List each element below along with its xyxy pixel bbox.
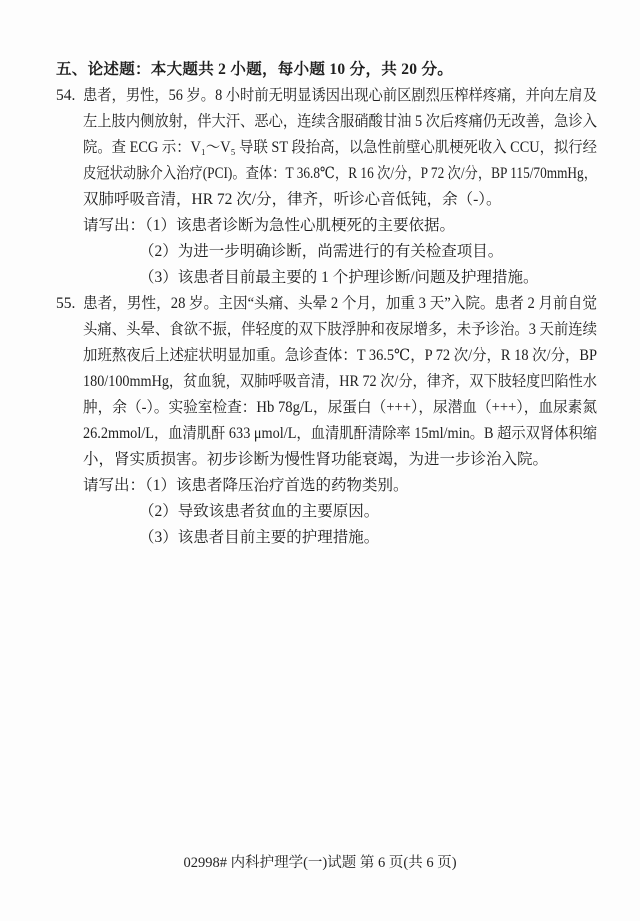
question-55-number: 55. [56, 291, 75, 317]
exam-page: 五、论述题：本大题共 2 小题，每小题 10 分，共 20 分。 54. 患者，… [0, 0, 640, 921]
question-54-prompt-1: 请写出：（1）该患者诊断为急性心肌梗死的主要依据。 [0, 213, 640, 239]
q54-text-1: 患者，男性，56 岁。8 小时前无明显诱因出现心前区剧烈压榨样疼痛，并向左肩及 [83, 83, 597, 109]
q55-text-1: 患者，男性，28 岁。主因“头痛、头晕 2 个月，加重 3 天”入院。患者 2 … [83, 291, 597, 317]
section-heading-text: 五、论述题：本大题共 2 小题，每小题 10 分，共 20 分。 [56, 57, 453, 83]
page-footer: 02998# 内科护理学(一)试题 第 6 页(共 6 页) [0, 850, 640, 876]
q55-text-2: 头痛、头晕、食欲不振，伴轻度的双下肢浮肿和夜尿增多，未予诊治。3 天前连续 [83, 317, 597, 343]
question-54-line-5: 双肺呼吸音清，HR 72 次/分，律齐，听诊心音低钝，余（-）。 [0, 187, 640, 213]
q54-text-3: 院。查 ECG 示：V₁～V₅ 导联 ST 段抬高，以急性前壁心肌梗死收入 CC… [83, 135, 597, 161]
q55-prompt-text-2: （2）导致该患者贫血的主要原因。 [139, 499, 379, 525]
question-54-number: 54. [56, 83, 75, 109]
question-54-line-4: 皮冠状动脉介入治疗(PCI)。查体：T 36.8℃，R 16 次/分，P 72 … [0, 161, 640, 187]
question-55-prompt-2: （2）导致该患者贫血的主要原因。 [0, 499, 640, 525]
question-55-prompt-1: 请写出：（1）该患者降压治疗首选的药物类别。 [0, 473, 640, 499]
q55-prompt-text-3: （3）该患者目前主要的护理措施。 [139, 525, 379, 551]
question-54-line-1: 54. 患者，男性，56 岁。8 小时前无明显诱因出现心前区剧烈压榨样疼痛，并向… [0, 83, 640, 109]
q54-text-2: 左上肢内侧放射，伴大汗、恶心，连续含服硝酸甘油 5 次后疼痛仍无改善，急诊入 [83, 109, 597, 135]
question-55-line-7: 小，肾实质损害。初步诊断为慢性肾功能衰竭，为进一步诊治入院。 [0, 447, 640, 473]
question-55-line-6: 26.2mmol/L，血清肌酐 633 μmol/L，血清肌酐清除率 15ml/… [0, 421, 640, 447]
section-heading: 五、论述题：本大题共 2 小题，每小题 10 分，共 20 分。 [56, 57, 640, 83]
q54-prompt-text-2: （2）为进一步明确诊断，尚需进行的有关检查项目。 [139, 239, 503, 265]
q55-prompt-text-1: 请写出：（1）该患者降压治疗首选的药物类别。 [83, 473, 409, 499]
q55-text-7: 小，肾实质损害。初步诊断为慢性肾功能衰竭，为进一步诊治入院。 [83, 447, 548, 473]
q54-text-4: 皮冠状动脉介入治疗(PCI)。查体：T 36.8℃，R 16 次/分，P 72 … [83, 161, 597, 187]
question-55-line-5: 肿，余（-）。实验室检查：Hb 78g/L，尿蛋白（+++），尿潜血（+++），… [0, 395, 640, 421]
question-55-line-2: 头痛、头晕、食欲不振，伴轻度的双下肢浮肿和夜尿增多，未予诊治。3 天前连续 [0, 317, 640, 343]
question-54-line-3: 院。查 ECG 示：V₁～V₅ 导联 ST 段抬高，以急性前壁心肌梗死收入 CC… [0, 135, 640, 161]
q55-text-3: 加班熬夜后上述症状明显加重。急诊查体：T 36.5℃，P 72 次/分，R 18… [83, 343, 597, 369]
page-footer-text: 02998# 内科护理学(一)试题 第 6 页(共 6 页) [183, 850, 456, 876]
q55-text-6: 26.2mmol/L，血清肌酐 633 μmol/L，血清肌酐清除率 15ml/… [83, 421, 597, 447]
question-54-line-2: 左上肢内侧放射，伴大汗、恶心，连续含服硝酸甘油 5 次后疼痛仍无改善，急诊入 [0, 109, 640, 135]
q55-text-4: 180/100mmHg，贫血貌，双肺呼吸音清，HR 72 次/分，律齐，双下肢轻… [83, 369, 597, 395]
question-55-prompt-3: （3）该患者目前主要的护理措施。 [0, 525, 640, 551]
q54-prompt-text-1: 请写出：（1）该患者诊断为急性心肌梗死的主要依据。 [83, 213, 455, 239]
exam-content: 五、论述题：本大题共 2 小题，每小题 10 分，共 20 分。 54. 患者，… [0, 57, 640, 551]
question-55-line-4: 180/100mmHg，贫血貌，双肺呼吸音清，HR 72 次/分，律齐，双下肢轻… [0, 369, 640, 395]
question-55-line-1: 55. 患者，男性，28 岁。主因“头痛、头晕 2 个月，加重 3 天”入院。患… [0, 291, 640, 317]
q54-text-5: 双肺呼吸音清，HR 72 次/分，律齐，听诊心音低钝，余（-）。 [83, 187, 502, 213]
question-54-prompt-3: （3）该患者目前最主要的 1 个护理诊断/问题及护理措施。 [0, 265, 640, 291]
question-54-prompt-2: （2）为进一步明确诊断，尚需进行的有关检查项目。 [0, 239, 640, 265]
q55-text-5: 肿，余（-）。实验室检查：Hb 78g/L，尿蛋白（+++），尿潜血（+++），… [83, 395, 597, 421]
question-55-line-3: 加班熬夜后上述症状明显加重。急诊查体：T 36.5℃，P 72 次/分，R 18… [0, 343, 640, 369]
q54-prompt-text-3: （3）该患者目前最主要的 1 个护理诊断/问题及护理措施。 [139, 265, 539, 291]
